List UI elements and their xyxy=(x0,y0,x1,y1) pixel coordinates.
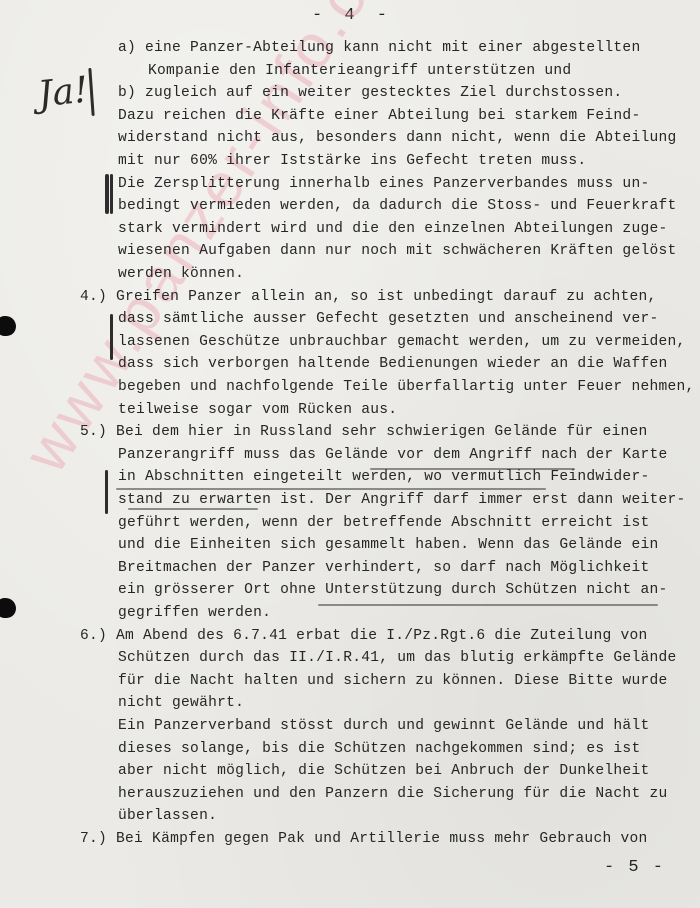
handwritten-margin-mark xyxy=(105,470,108,514)
text-line: wiesenen Aufgaben dann nur noch mit schw… xyxy=(118,241,676,261)
text-line: begeben und nachfolgende Teile überfalla… xyxy=(118,377,695,397)
text-line: a) eine Panzer-Abteilung kann nicht mit … xyxy=(118,38,640,58)
handwritten-underline xyxy=(128,508,258,510)
text-line: 4.) Greifen Panzer allein an, so ist unb… xyxy=(80,287,657,307)
text-line: dass sich verborgen haltende Bedienungen… xyxy=(118,354,667,374)
text-line: ein grösserer Ort ohne Unterstützung dur… xyxy=(118,580,667,600)
text-line: Dazu reichen die Kräfte einer Abteilung … xyxy=(118,106,640,126)
handwritten-underline xyxy=(116,488,546,490)
text-line: für die Nacht halten und sichern zu könn… xyxy=(118,671,667,691)
text-line: geführt werden, wenn der betreffende Abs… xyxy=(118,513,649,533)
handwritten-margin-mark xyxy=(105,174,109,214)
text-line: Ein Panzerverband stösst durch und gewin… xyxy=(118,716,649,736)
text-line: Die Zersplitterung innerhalb eines Panze… xyxy=(118,174,649,194)
text-line: Breitmachen der Panzer verhindert, so da… xyxy=(118,558,649,578)
text-line: bedingt vermieden werden, da dadurch die… xyxy=(118,196,676,216)
text-line: und die Einheiten sich gesammelt haben. … xyxy=(118,535,658,555)
text-line: überlassen. xyxy=(118,806,217,826)
text-line: 7.) Bei Kämpfen gegen Pak und Artillerie… xyxy=(80,829,647,849)
text-line: werden können. xyxy=(118,264,244,284)
text-line: gegriffen werden. xyxy=(118,603,271,623)
text-line: Schützen durch das II./I.R.41, um das bl… xyxy=(118,648,676,668)
text-line: herauszuziehen und den Panzern die Siche… xyxy=(118,784,667,804)
text-line: aber nicht möglich, die Schützen bei Anb… xyxy=(118,761,649,781)
text-line: 5.) Bei dem hier in Russland sehr schwie… xyxy=(80,422,647,442)
text-line: dieses solange, bis die Schützen nachgek… xyxy=(118,739,640,759)
text-line: lassenen Geschütze unbrauchbar gemacht w… xyxy=(118,332,685,352)
document-page: www.panzer-info.org - 4 - Ja! a) eine Pa… xyxy=(0,0,700,908)
text-line: mit nur 60% ihrer Iststärke ins Gefecht … xyxy=(118,151,586,171)
text-line: teilweise sogar vom Rücken aus. xyxy=(118,400,397,420)
text-line: nicht gewährt. xyxy=(118,693,244,713)
page-number-top: - 4 - xyxy=(312,6,393,25)
handwritten-underline xyxy=(318,604,658,606)
handwritten-margin-mark xyxy=(110,174,113,214)
text-line: widerstand nicht aus, besonders dann nic… xyxy=(118,128,676,148)
text-line: b) zugleich auf ein weiter gestecktes Zi… xyxy=(118,83,622,103)
handwritten-margin-mark xyxy=(110,314,113,360)
page-number-bottom: - 5 - xyxy=(604,858,665,877)
handwritten-underline xyxy=(370,468,575,470)
text-line: in Abschnitten eingeteilt werden, wo ver… xyxy=(118,467,649,487)
text-line: dass sämtliche ausser Gefecht gesetzten … xyxy=(118,309,658,329)
text-line: stark vermindert wird und die den einzel… xyxy=(118,219,667,239)
text-line: Panzerangriff muss das Gelände vor dem A… xyxy=(118,445,667,465)
punch-hole xyxy=(0,598,16,618)
text-line: 6.) Am Abend des 6.7.41 erbat die I./Pz.… xyxy=(80,626,647,646)
text-line: Kompanie den Infanterieangriff unterstüt… xyxy=(148,61,571,81)
handwritten-annotation: Ja! xyxy=(36,69,90,115)
text-line: stand zu erwarten ist. Der Angriff darf … xyxy=(118,490,685,510)
punch-hole xyxy=(0,316,16,336)
